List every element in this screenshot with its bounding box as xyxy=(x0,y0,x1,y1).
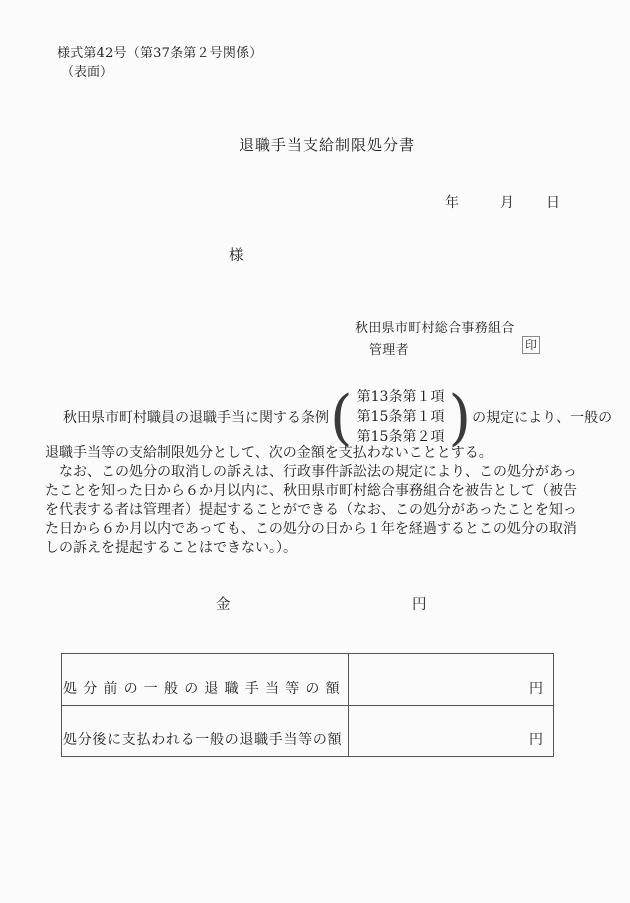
row-label-before-disposition: 処分前の一般の退職手当等の額 xyxy=(62,654,349,705)
form-number: 様式第42号（第37条第２号関係） xyxy=(57,42,262,61)
body-line: たことを知った日から６か月以内に、秋田県市町村総合事務組合を被告として（被告 xyxy=(45,482,590,501)
side-label: （表面） xyxy=(61,61,113,80)
body-line: 退職手当等の支給制限処分として、次の金額を支払わないこととする。 xyxy=(45,444,590,463)
date-line: 年 月 日 xyxy=(0,192,630,210)
clause-outro-text: の規定により、一般の xyxy=(472,407,612,427)
issuer-title: 管理者 xyxy=(369,339,409,358)
clause-intro-text: 秋田県市町村職員の退職手当に関する条例 xyxy=(45,407,329,427)
body-line: しの訴えを提起することはできない。）。 xyxy=(45,539,590,558)
date-month-label: 月 xyxy=(500,192,514,212)
page-title: 退職手当支給制限処分書 xyxy=(239,134,415,155)
amount-unit-label: 円 xyxy=(412,593,427,614)
table-row: 処分前の一般の退職手当等の額 円 xyxy=(62,654,553,705)
clause-option: 第13条第１項 xyxy=(357,387,445,407)
body-line: た日から６か月以内であっても、この処分の日から１年を経過するとこの処分の取消 xyxy=(45,520,590,539)
open-paren-icon xyxy=(330,383,353,452)
addressee-suffix: 様 xyxy=(229,244,244,265)
body-line: なお、この処分の取消しの訴えは、行政事件訴訟法の規定により、この処分があっ xyxy=(45,463,590,482)
close-paren-icon xyxy=(448,383,471,452)
issuer-organization: 秋田県市町村総合事務組合 xyxy=(355,317,515,336)
row-label-after-disposition: 処分後に支払われる一般の退職手当等の額 xyxy=(62,706,349,756)
clause-option: 第15条第１項 xyxy=(357,407,445,427)
amount-cell: 円 xyxy=(349,706,553,756)
amount-prefix-label: 金 xyxy=(216,593,231,614)
seal-mark: 印 xyxy=(522,336,540,354)
table-row: 処分後に支払われる一般の退職手当等の額 円 xyxy=(62,705,553,756)
clause-line: 秋田県市町村職員の退職手当に関する条例 第13条第１項 第15条第１項 第15条… xyxy=(45,383,605,451)
date-day-label: 日 xyxy=(546,192,560,212)
amount-line: 金 円 xyxy=(0,593,630,611)
date-year-label: 年 xyxy=(445,192,459,212)
body-paragraph: 退職手当等の支給制限処分として、次の金額を支払わないこととする。 なお、この処分… xyxy=(45,444,590,558)
body-line: を代表する者は管理者）提起することができる（なお、この処分があったことを知っ xyxy=(45,501,590,520)
clause-options: 第13条第１項 第15条第１項 第15条第２項 xyxy=(357,387,445,447)
clause-bracket: 第13条第１項 第15条第１項 第15条第２項 xyxy=(330,384,471,450)
amount-table: 処分前の一般の退職手当等の額 円 処分後に支払われる一般の退職手当等の額 円 xyxy=(61,653,554,757)
amount-cell: 円 xyxy=(349,654,553,705)
